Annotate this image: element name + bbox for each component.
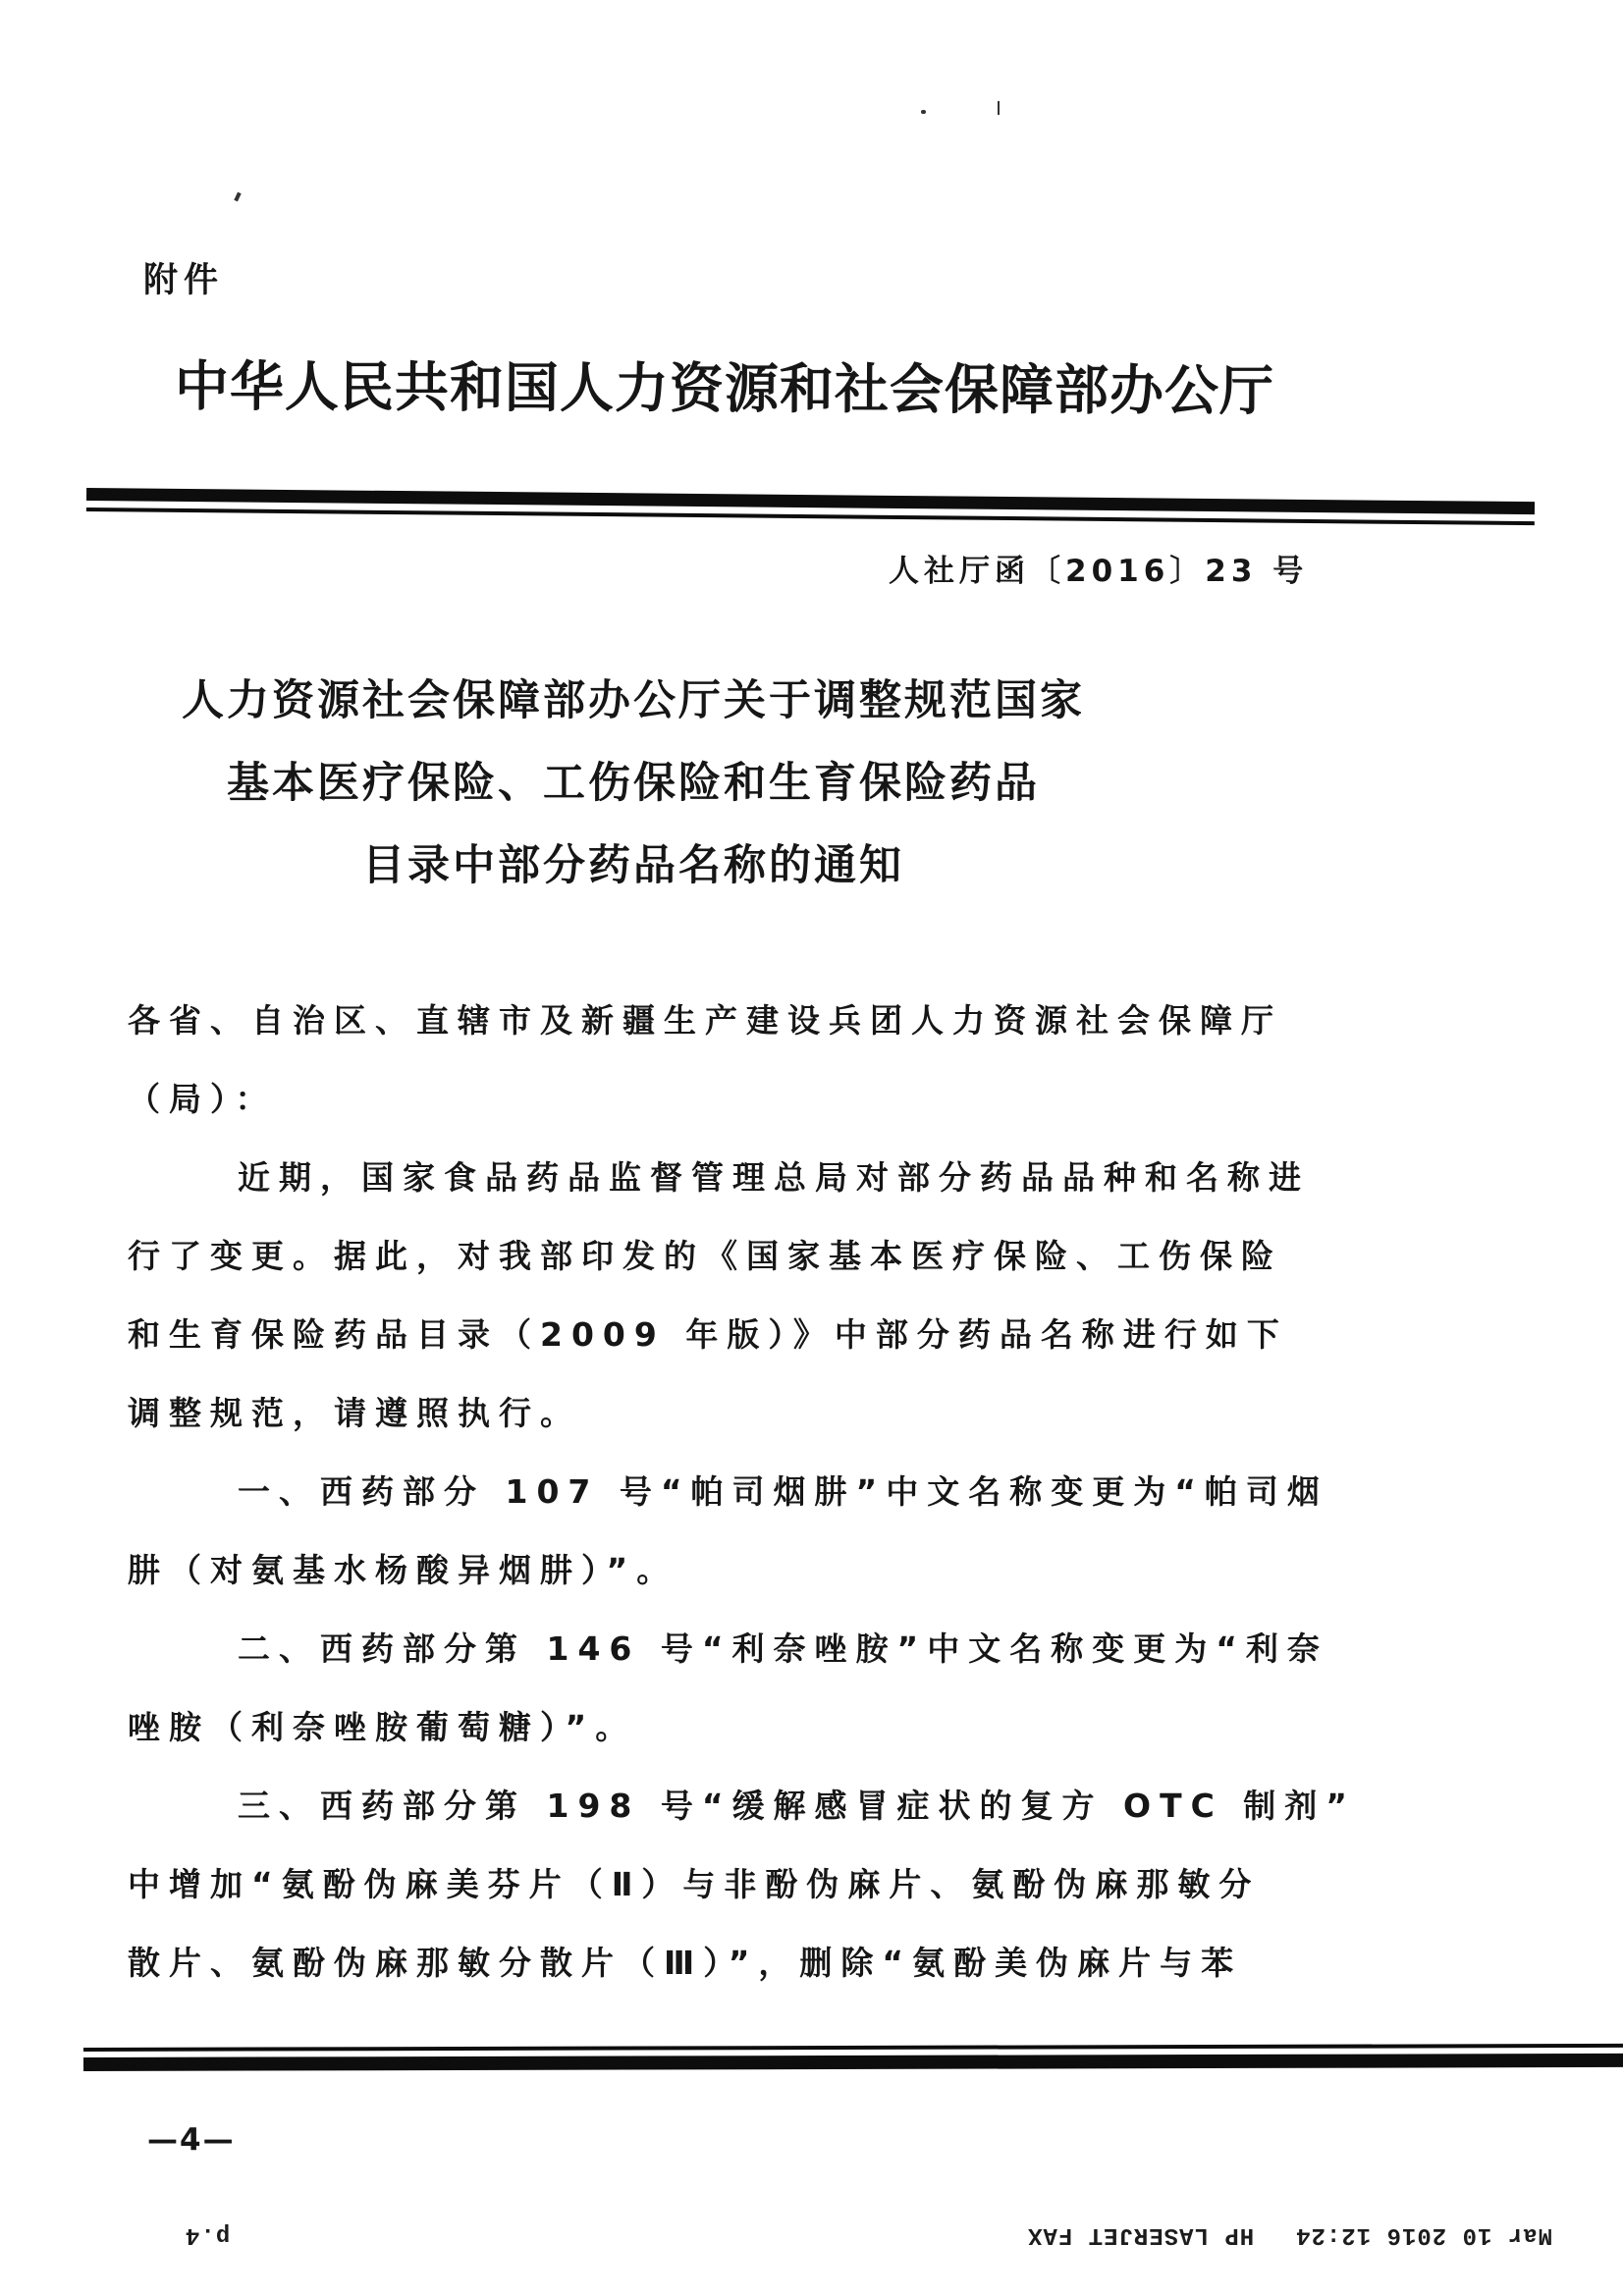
issuing-organization-header: 中华人民共和国人力资源和社会保障部办公厅 (175, 343, 1368, 425)
body-line-addressee: 各省、自治区、直辖市及新疆生产建设兵团人力资源社会保障厅 (128, 982, 1321, 1060)
fax-timestamp-and-device: Mar 10 2016 12:24HP LASERJET FAX (1027, 2222, 1552, 2249)
body-line: 和生育保险药品目录（2009 年版）》中部分药品名称进行如下 (128, 1296, 1321, 1374)
fax-timestamp: Mar 10 2016 12:24 (1295, 2222, 1552, 2249)
scan-artifact (234, 192, 241, 202)
header-double-rule (86, 488, 1535, 525)
scan-artifact (998, 101, 1000, 115)
body-line-item-1-cont: 肼（对氨基水杨酸异烟肼）”。 (128, 1531, 1321, 1610)
body-line-item-3: 三、西药部分第 198 号“缓解感冒症状的复方 OTC 制剂” (128, 1767, 1321, 1845)
body-line-item-3-cont: 中增加“氨酚伪麻美芬片（Ⅱ）与非酚伪麻片、氨酚伪麻那敏分 (128, 1845, 1321, 1924)
document-title-line-1: 人力资源社会保障部办公厅关于调整规范国家 (147, 660, 1119, 742)
fax-page-indicator: p.4 (185, 2222, 230, 2249)
document-reference-number: 人社厅函〔2016〕23 号 (889, 546, 1308, 590)
document-title: 人力资源社会保障部办公厅关于调整规范国家 基本医疗保险、工伤保险和生育保险药品 … (147, 660, 1119, 907)
attachment-label: 附件 (143, 253, 224, 302)
scanned-document-page: 附件 中华人民共和国人力资源和社会保障部办公厅 人社厅函〔2016〕23 号 人… (0, 0, 1623, 2296)
body-line-item-1: 一、西药部分 107 号“帕司烟肼”中文名称变更为“帕司烟 (128, 1453, 1321, 1531)
body-line-item-3-cont-2: 散片、氨酚伪麻那敏分散片（Ⅲ）”，删除“氨酚美伪麻片与苯 (128, 1924, 1321, 2002)
document-title-line-2: 基本医疗保险、工伤保险和生育保险药品 (147, 742, 1119, 825)
footer-rule-thick (83, 2054, 1623, 2071)
body-line-intro: 近期，国家食品药品监督管理总局对部分药品品种和名称进 (128, 1139, 1321, 1217)
page-number: —4— (147, 2122, 236, 2158)
fax-device-name: HP LASERJET FAX (1027, 2222, 1254, 2249)
body-line-item-2: 二、西药部分第 146 号“利奈唑胺”中文名称变更为“利奈 (128, 1610, 1321, 1688)
body-line: 行了变更。据此，对我部印发的《国家基本医疗保险、工伤保险 (128, 1217, 1321, 1296)
body-line: 调整规范，请遵照执行。 (128, 1374, 1321, 1453)
body-line-item-2-cont: 唑胺（利奈唑胺葡萄糖）”。 (128, 1688, 1321, 1767)
document-body: 各省、自治区、直辖市及新疆生产建设兵团人力资源社会保障厅 （局）： 近期，国家食… (128, 982, 1321, 2002)
scan-artifact (921, 110, 926, 114)
document-title-line-3: 目录中部分药品名称的通知 (147, 825, 1119, 907)
footer-double-rule (83, 2044, 1623, 2071)
fax-header-upside-down: Mar 10 2016 12:24HP LASERJET FAX p.4 (0, 2207, 1623, 2264)
body-line-addressee-cont: （局）： (128, 1060, 1321, 1139)
